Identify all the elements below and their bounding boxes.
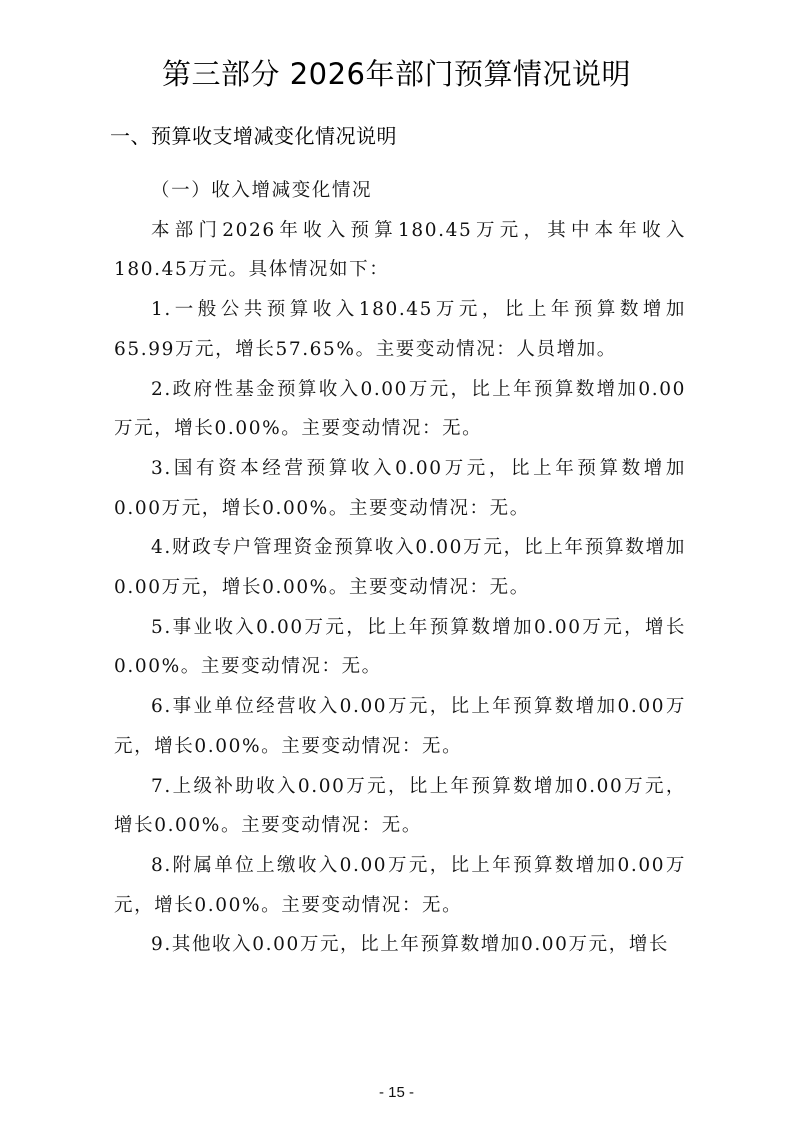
income-item-government-fund: 2.政府性基金预算收入0.00万元，比上年预算数增加0.00万元，增长0.00%… (114, 370, 686, 449)
income-item-general-public-budget: 1.一般公共预算收入180.45万元，比上年预算数增加65.99万元，增长57.… (114, 290, 686, 369)
body-text: （一）收入增减变化情况 本部门2026年收入预算180.45万元，其中本年收入1… (114, 171, 686, 965)
intro-paragraph: 本部门2026年收入预算180.45万元，其中本年收入180.45万元。具体情况… (114, 211, 686, 290)
income-item-subsidiary-remittance: 8.附属单位上缴收入0.00万元，比上年预算数增加0.00万元，增长0.00%。… (114, 846, 686, 925)
document-page: 第三部分 2026年部门预算情况说明 一、预算收支增减变化情况说明 （一）收入增… (0, 0, 793, 1122)
page-title: 第三部分 2026年部门预算情况说明 (0, 52, 793, 93)
subsection-heading: （一）收入增减变化情况 (114, 171, 686, 211)
income-item-business-income: 5.事业收入0.00万元，比上年预算数增加0.00万元，增长0.00%。主要变动… (114, 608, 686, 687)
income-item-other: 9.其他收入0.00万元，比上年预算数增加0.00万元，增长 (114, 925, 686, 965)
page-number: - 15 - (0, 1084, 793, 1101)
income-item-operating-income: 6.事业单位经营收入0.00万元，比上年预算数增加0.00万元，增长0.00%。… (114, 687, 686, 766)
section-heading: 一、预算收支增减变化情况说明 (110, 120, 397, 149)
income-item-superior-subsidy: 7.上级补助收入0.00万元，比上年预算数增加0.00万元，增长0.00%。主要… (114, 767, 686, 846)
income-item-state-capital: 3.国有资本经营预算收入0.00万元，比上年预算数增加0.00万元，增长0.00… (114, 449, 686, 528)
income-item-fiscal-special-account: 4.财政专户管理资金预算收入0.00万元，比上年预算数增加0.00万元，增长0.… (114, 528, 686, 607)
